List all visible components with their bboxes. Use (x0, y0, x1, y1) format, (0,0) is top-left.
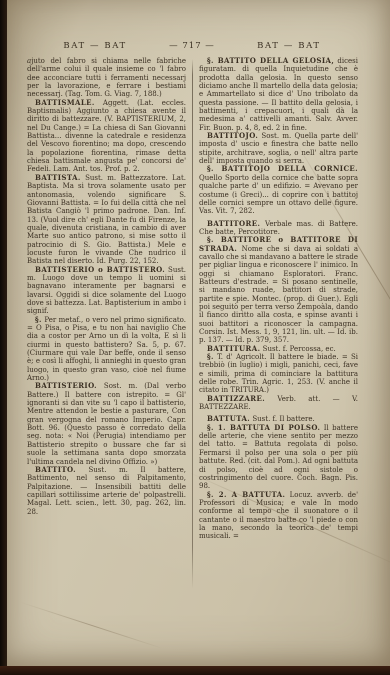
page-crease (21, 602, 164, 649)
running-header-right: BAT — BAT (221, 41, 357, 51)
entry-headword: BATTISMALE. (35, 98, 95, 107)
book-page-scan: BAT — BAT — 717 — BAT — BAT ajuto del fa… (0, 0, 390, 675)
printed-page: BAT — BAT — 717 — BAT — BAT ajuto del fa… (7, 0, 390, 666)
entry-headword: §. (35, 315, 42, 324)
paragraph: BATTITURA. Sust. f. Percossa, ec. (199, 345, 358, 353)
column-divider-rule (192, 59, 193, 589)
paragraph: BATTISTERIO o BATTISTERO. Sust. m. Luogo… (27, 266, 186, 316)
paragraph: BATTIZZARE. Verb. att. — V. BATTEZZARE. (199, 395, 358, 412)
paragraph: BATTISTERIO. Sost. m. (Dal verbo Battere… (27, 382, 186, 465)
paragraph: §. BATTITO DELLA GELOSIA, dicesi figurat… (199, 57, 358, 132)
paragraph: §. 2. A BATTUTA. Locuz. avverb. de' Prof… (199, 491, 358, 541)
paragraph: §. T. d' Agricolt. Il battere le biade. … (199, 353, 358, 395)
paragraph: BATTITORE. Verbale mas. di Battere. Che … (199, 220, 358, 237)
left-column: ajuto del fabro si chiama nelle fabriche… (27, 57, 186, 516)
entry-headword: BATTITO. (35, 465, 76, 474)
entry-headword: BATTISTERIO o BATTISTERO. (35, 265, 165, 274)
text-columns: ajuto del fabro si chiama nelle fabriche… (27, 57, 359, 589)
paragraph: BATTITO. Sust. m. Il battere, Battimento… (27, 466, 186, 516)
paragraph: BATTISTA. Sust. m. Battezzatore. Lat. Ba… (27, 174, 186, 266)
running-header: BAT — BAT — 717 — BAT — BAT (27, 41, 357, 51)
right-column: §. BATTITO DELLA GELOSIA, dicesi figurat… (199, 57, 358, 541)
entry-headword: §. (207, 352, 214, 361)
paragraph: BATTISMALE. Aggett. (Lat. eccles. Baptis… (27, 99, 186, 174)
entry-headword: §. BATTITO DELLA GELOSIA, (207, 56, 334, 65)
paragraph: §. BATTITORE o BATTITORE DI STRADA. Nome… (199, 236, 358, 344)
paragraph: ajuto del fabro si chiama nelle fabriche… (27, 57, 186, 99)
paragraph: §. BATTITOJO DELLA CORNICE. Quello Sport… (199, 165, 358, 215)
page-number: — 717 — (163, 41, 221, 51)
running-header-left: BAT — BAT (27, 41, 163, 51)
entry-headword: §. BATTITOJO DELLA CORNICE. (207, 164, 358, 173)
entry-headword: BATTISTERIO. (35, 381, 97, 390)
scan-dark-edge-bottom (0, 666, 390, 675)
entry-headword: §. 2. A BATTUTA. (207, 490, 285, 499)
entry-headword: BATTISTA. (35, 173, 81, 182)
entry-headword: BATTIZZARE. (207, 394, 265, 403)
entry-headword: BATTITORE. (207, 219, 260, 228)
scan-dark-edge-left (0, 0, 7, 675)
entry-headword: BATTITOJO. (207, 131, 258, 140)
entry-headword: BATTITURA. (207, 344, 260, 353)
paragraph: §. Per metaf., o vero nel primo signific… (27, 316, 186, 383)
entry-headword: §. 1. BATTUTA DI POLSO. (207, 423, 320, 432)
paragraph: §. 1. BATTUTA DI POLSO. Il battere delle… (199, 424, 358, 491)
entry-headword: §. BATTITORE o BATTITORE DI STRADA. (199, 235, 358, 252)
paragraph: BATTITOJO. Sost. m. Quella parte dell' i… (199, 132, 358, 165)
